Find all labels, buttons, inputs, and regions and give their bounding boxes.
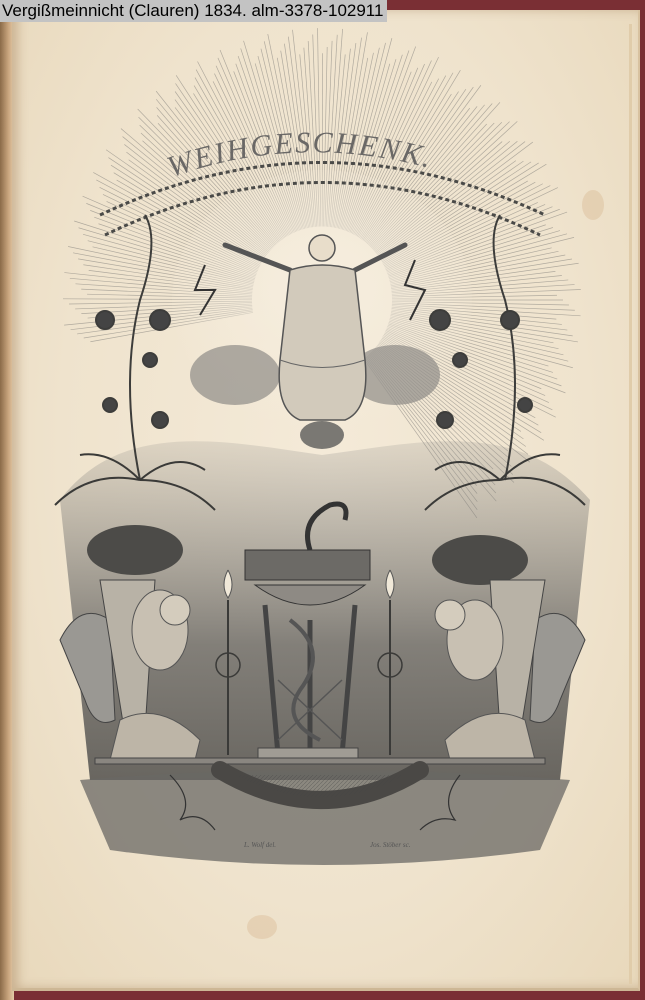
image-caption-label: Vergißmeinnicht (Clauren) 1834. alm-3378… <box>0 0 387 22</box>
fruit-basket-left <box>87 525 183 575</box>
stone-ledge <box>95 758 545 764</box>
engraving-illustration: WEIHGESCHENK. <box>0 0 645 1000</box>
engraver-credit: Jos. Stöber sc. <box>370 841 410 849</box>
fruit-basket-right <box>432 535 528 585</box>
scanned-page: WEIHGESCHENK. <box>0 0 645 1000</box>
artist-credit: L. Wolf del. <box>244 841 276 849</box>
